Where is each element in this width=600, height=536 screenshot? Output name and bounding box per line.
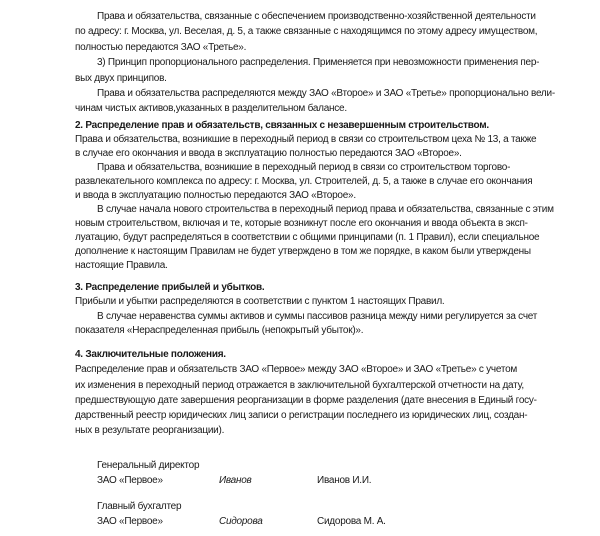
signature-handwritten: Сидорова bbox=[219, 514, 317, 529]
text-line: Права и обязательства, возникшие в перех… bbox=[75, 133, 535, 147]
text-line: Права и обязательства распределяются меж… bbox=[75, 86, 535, 101]
section-1-continuation: Права и обязательства, связанные с обесп… bbox=[75, 9, 535, 117]
text-line: В случае начала нового строительства в п… bbox=[75, 203, 535, 217]
text-line: полностью передаются ЗАО «Третье». bbox=[75, 40, 535, 55]
text-line: по адресу: г. Москва, ул. Веселая, д. 5,… bbox=[75, 24, 535, 39]
document-page: Права и обязательства, связанные с обесп… bbox=[0, 0, 600, 536]
text-line: 3) Принцип пропорционального распределен… bbox=[75, 55, 535, 70]
text-line: развлекательного комплекса по адресу: г.… bbox=[75, 175, 535, 189]
section-3: 3. Распределение прибылей и убытков. При… bbox=[75, 281, 535, 339]
section-3-heading: 3. Распределение прибылей и убытков. bbox=[75, 281, 535, 295]
section-4: 4. Заключительные положения. Распределен… bbox=[75, 347, 535, 439]
section-2-heading: 2. Распределение прав и обязательств, св… bbox=[75, 119, 535, 133]
signer-name: Сидорова М. А. bbox=[317, 514, 386, 529]
signer-title: Главный бухгалтер bbox=[97, 499, 557, 514]
signer-org: ЗАО «Первое» bbox=[97, 514, 219, 529]
text-line: вых двух принципов. bbox=[75, 71, 535, 86]
text-line: их изменения в переходный период отражае… bbox=[75, 378, 535, 393]
signer-title: Генеральный директор bbox=[97, 458, 557, 473]
text-line: чинам чистых активов,указанных в раздели… bbox=[75, 101, 535, 116]
text-line: настоящие Правила. bbox=[75, 259, 535, 273]
section-2: 2. Распределение прав и обязательств, св… bbox=[75, 119, 535, 273]
signer-org: ЗАО «Первое» bbox=[97, 473, 219, 488]
signer-name: Иванов И.И. bbox=[317, 473, 371, 488]
text-line: Права и обязательства, связанные с обесп… bbox=[75, 9, 535, 24]
signature-block-accountant: Главный бухгалтер ЗАО «Первое»СидороваСи… bbox=[97, 499, 557, 530]
text-line: дарственный реестр юридических лиц запис… bbox=[75, 408, 535, 423]
text-line: дополнение к настоящим Правилам не будет… bbox=[75, 245, 535, 259]
text-line: ных в результате реорганизации). bbox=[75, 423, 535, 438]
text-line: Распределение прав и обязательств ЗАО «П… bbox=[75, 362, 535, 377]
signature-handwritten: Иванов bbox=[219, 473, 317, 488]
text-line: предшествующую дате завершения реорганиз… bbox=[75, 393, 535, 408]
text-line: Права и обязательства, возникшие в перех… bbox=[75, 161, 535, 175]
text-line: новым строительством, включая и те, кото… bbox=[75, 217, 535, 231]
section-4-heading: 4. Заключительные положения. bbox=[75, 347, 535, 362]
text-line: Прибыли и убытки распределяются в соотве… bbox=[75, 295, 535, 309]
text-line: В случае неравенства суммы активов и сум… bbox=[75, 310, 535, 324]
text-line: луатацию, будут распределяться в соответ… bbox=[75, 231, 535, 245]
signature-block-director: Генеральный директор ЗАО «Первое»ИвановИ… bbox=[97, 458, 557, 489]
text-line: показателя «Нераспределенная прибыль (не… bbox=[75, 324, 535, 338]
text-line: и ввода в эксплуатацию полностью передаю… bbox=[75, 189, 535, 203]
text-line: в случае его окончания и ввода в эксплуа… bbox=[75, 147, 535, 161]
